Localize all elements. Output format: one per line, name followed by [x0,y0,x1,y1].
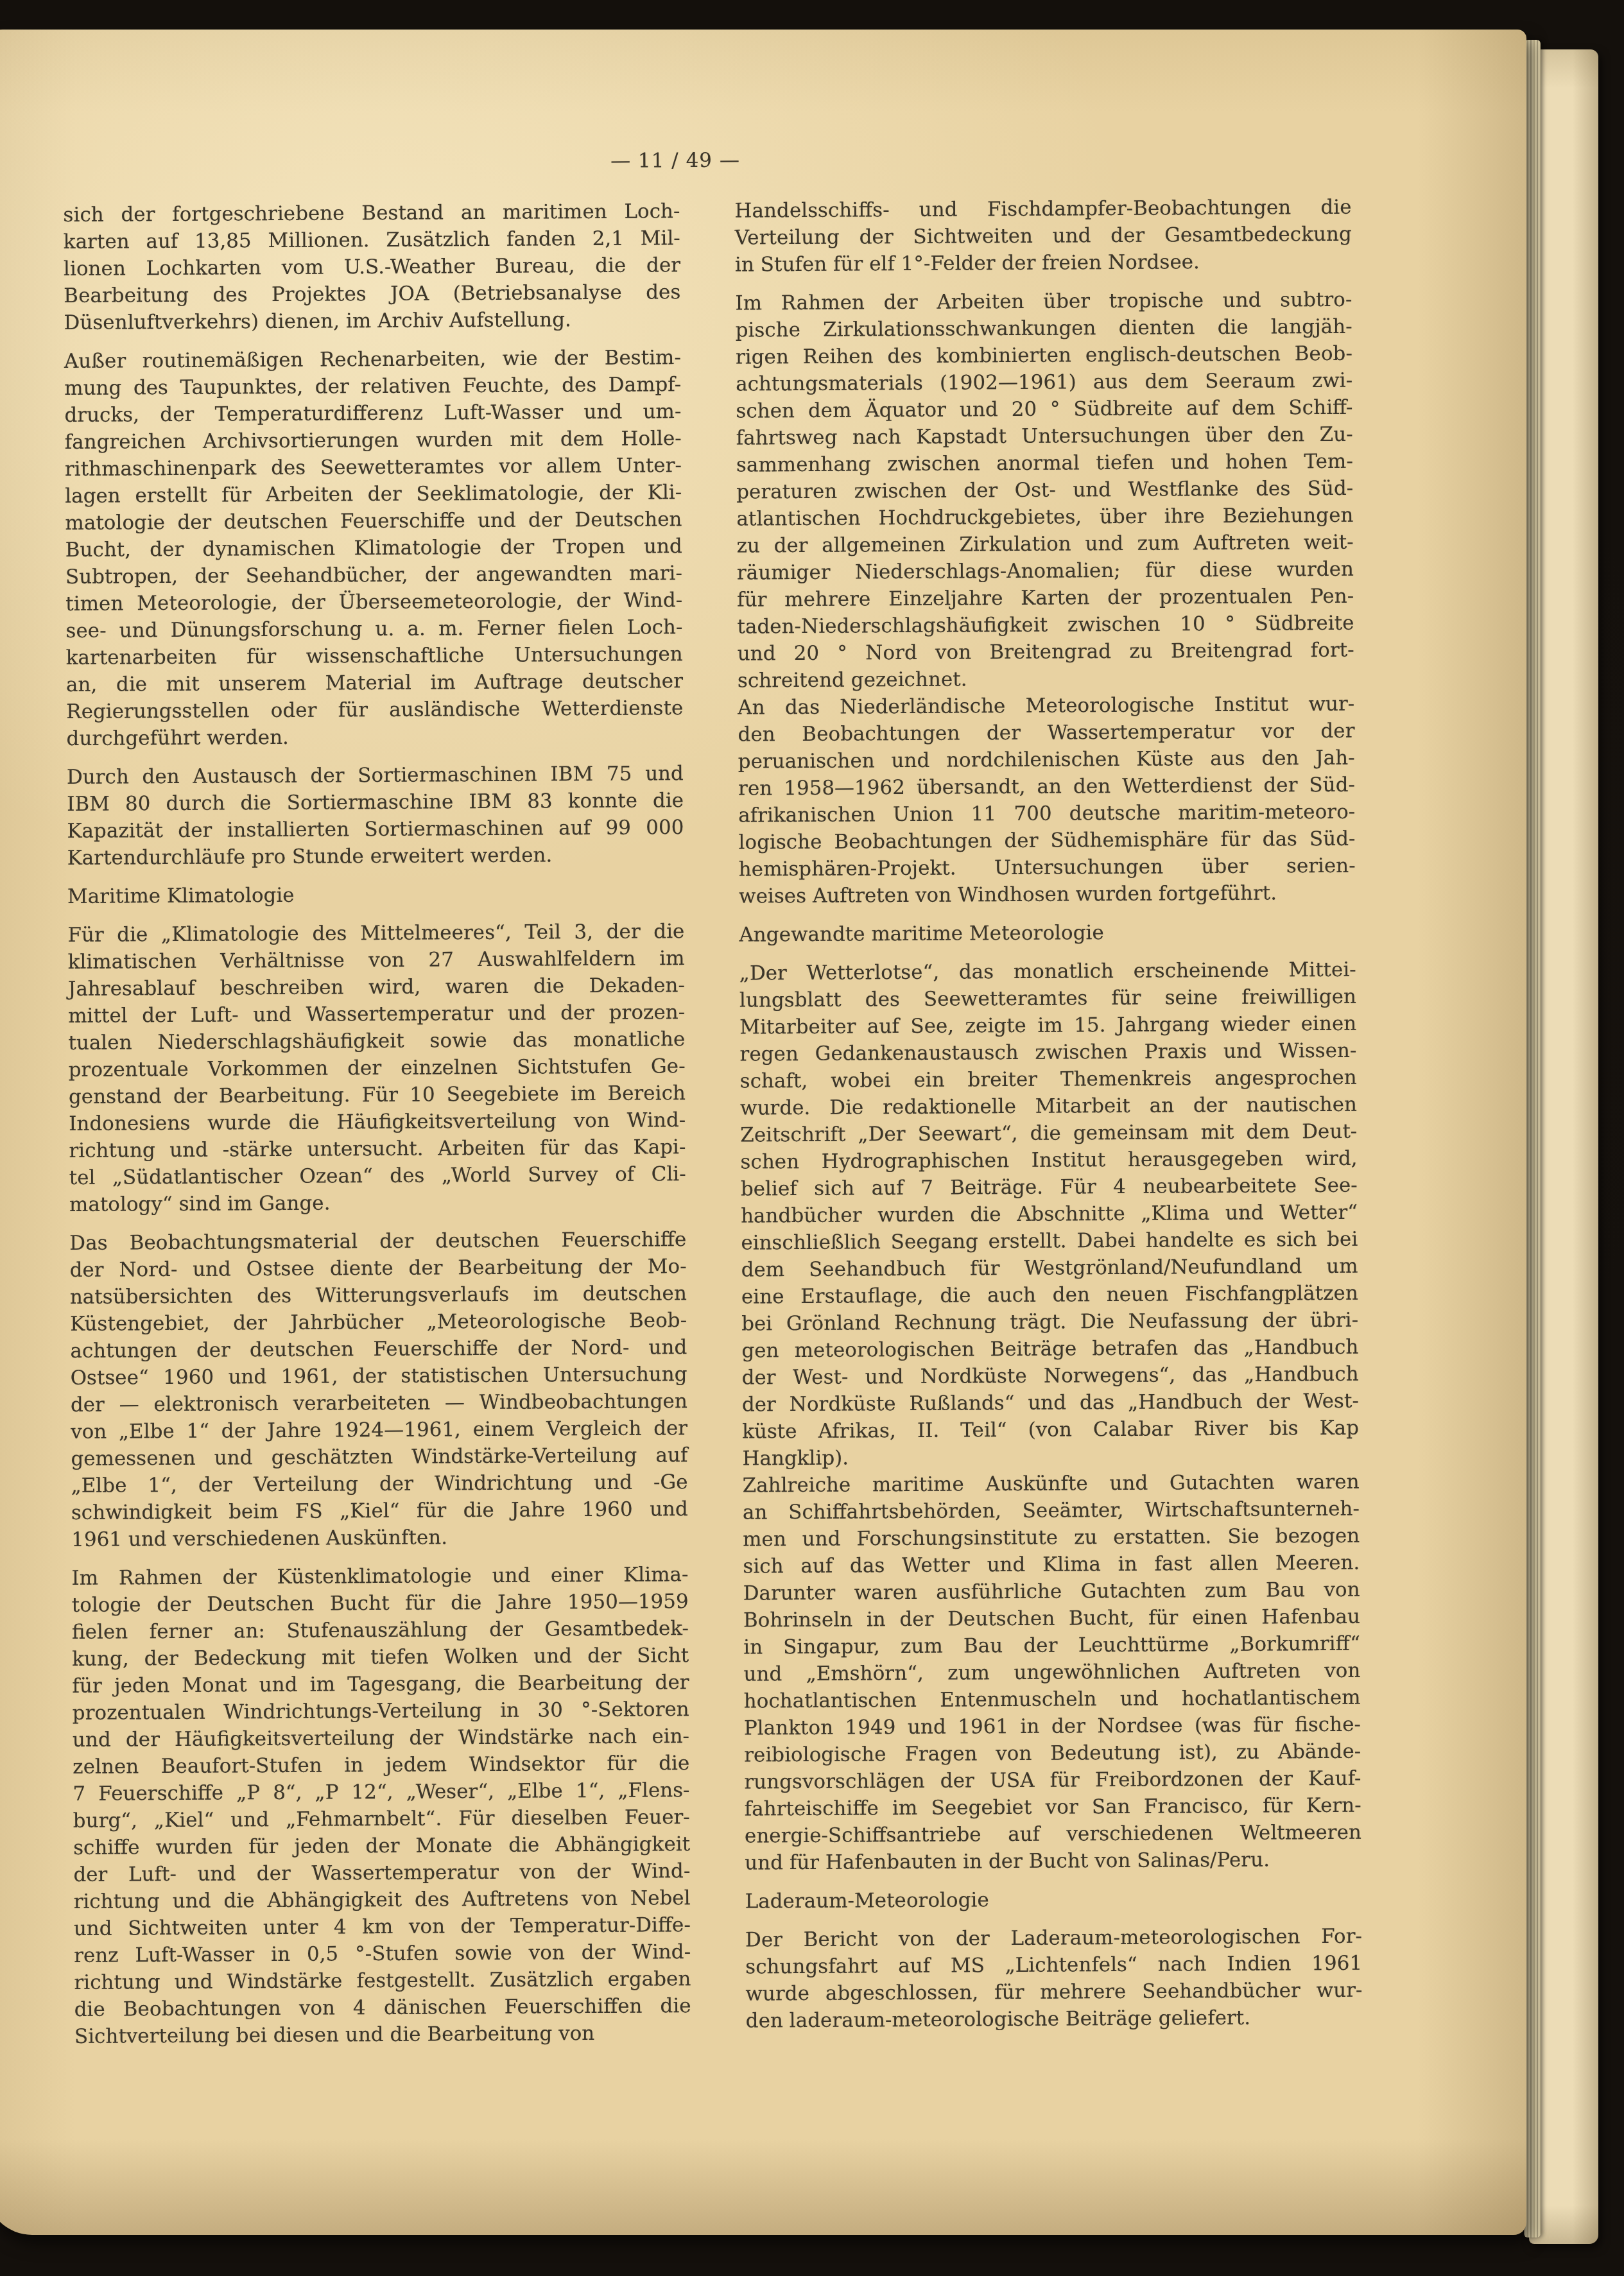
text-line: rigen Reihen des kombinierten englisch-d… [736,340,1352,371]
text-line: Düsenluftverkehrs) dienen, im Archiv Auf… [64,306,680,336]
text-line: Bohrinseln in der Deutschen Bucht, für e… [743,1603,1360,1634]
page-number: — 11 / 49 — [31,145,1320,176]
text-line: regen Gedankenaustausch zwischen Praxis … [739,1037,1356,1068]
text-line: rungsvorschlägen der USA für Freibordzon… [744,1765,1361,1796]
text-line: gen meteorologischen Beiträge betrafen d… [741,1334,1358,1365]
text-line: tologie der Deutschen Bucht für die Jahr… [72,1588,689,1619]
text-line: und 20 ° Nord von Breitengrad zu Breiten… [738,637,1354,668]
text-line: schiffe wurden für jeden der Monate die … [73,1831,690,1861]
text-line: und Sichtweiten unter 4 km von der Tempe… [74,1911,691,1942]
text-line: lagen erstellt für Arbeiten der Seeklima… [65,479,682,510]
text-line: wurde abgeschlossen, für mehrere Seehand… [745,1977,1362,2008]
text-line: kartenarbeiten für wissenschaftliche Unt… [66,641,683,671]
text-line: der — elektronisch verarbeiteten — Windb… [71,1388,687,1418]
text-line: tualen Niederschlagshäufigkeit sowie das… [68,1026,685,1056]
paragraph: Zahlreiche maritime Auskünfte und Gutach… [743,1469,1362,1877]
text-line: Bucht, der dynamischen Klimatologie der … [65,533,682,564]
text-line: sammenhang zwischen anormal tiefen und h… [736,448,1353,479]
text-line: richtung und -stärke untersucht. Arbeite… [69,1134,686,1164]
paragraph: An das Niederländische Meteorologische I… [738,691,1356,910]
text-line: schwindigkeit beim FS „Kiel“ für die Jah… [71,1496,688,1526]
text-line: für jeden Monat und im Tagesgang, die Be… [72,1669,689,1700]
text-line: schen Hydrographischen Institut herausge… [740,1145,1357,1176]
text-line: Darunter waren ausführliche Gutachten zu… [743,1576,1360,1607]
text-line: an, die mit unserem Material im Auftrage… [66,668,683,698]
text-line: ren 1958—1962 übersandt, an den Wetterdi… [738,772,1355,802]
text-line: IBM 80 durch die Sortiermaschine IBM 83 … [67,787,684,818]
text-line: pische Zirkulationsschwankungen dienten … [736,313,1352,344]
text-line: tel „Südatlantischer Ozean“ des „World S… [69,1160,686,1191]
text-line: karten auf 13,85 Millionen. Zusätzlich f… [64,225,680,255]
text-line: Jahresablauf beschreiben wird, waren die… [68,972,685,1003]
text-line: Laderaum-Meteorologie [745,1884,1361,1915]
text-line: durchgeführt werden. [66,721,683,752]
text-line: eine Erstauflage, die auch den neuen Fis… [741,1280,1358,1311]
text-line: hochatlantischen Entenmuscheln und hocha… [744,1684,1361,1715]
text-line: taden-Niederschlagshäufigkeit zwischen 1… [737,610,1354,641]
text-line: 1961 und verschiedenen Auskünften. [71,1522,688,1553]
text-line: genstand der Bearbeitung. Für 10 Seegebi… [69,1080,686,1110]
text-line: kung, der Bedeckung mit tiefen Wolken un… [72,1642,689,1673]
text-line: richtung und die Abhängigkeit des Auftre… [73,1884,690,1915]
text-line: Bearbeitung des Projektes JOA (Betriebsa… [64,279,680,309]
text-line: „Elbe 1“, der Verteilung der Windrichtun… [71,1469,687,1499]
document-page: — 11 / 49 — sich der fortgeschriebene Be… [0,30,1526,2235]
text-line: burg“, „Kiel“ und „Fehmarnbelt“. Für die… [73,1804,690,1834]
text-line: 7 Feuerschiffe „P 8“, „P 12“, „Weser“, „… [73,1777,689,1807]
text-line: Für die „Klimatologie des Mittelmeeres“,… [67,918,684,949]
text-line: räumiger Niederschlags-Anomalien; für di… [737,556,1354,587]
text-line: zu der allgemeinen Zirkulation und zum A… [737,529,1354,560]
text-line: lionen Lochkarten vom U.S.-Weather Burea… [64,252,680,282]
text-line: Ostsee“ 1960 und 1961, der statistischen… [70,1361,687,1392]
text-line: Verteilung der Sichtweiten und der Gesam… [735,221,1352,252]
text-line: den Beobachtungen der Wassertemperatur v… [738,718,1354,748]
text-line: in Singapur, zum Bau der Leuchttürme „Bo… [743,1630,1360,1661]
text-line: die Beobachtungen von 4 dänischen Feuers… [74,1992,691,2023]
section-heading: Maritime Klimatologie [67,879,684,910]
section-heading: Angewandte maritime Meteorologie [739,918,1356,949]
text-line: der Nordküste Rußlands“ und das „Handbuc… [742,1388,1359,1418]
text-line: belief sich auf 7 Beiträge. Für 4 neubea… [741,1172,1358,1203]
text-line: energie-Schiffsantriebe auf verschiedene… [745,1819,1361,1850]
text-line: matologie der deutschen Feuerschiffe und… [65,506,682,537]
text-line: Durch den Austausch der Sortiermaschinen… [67,760,684,791]
text-line: küste Afrikas, II. Teil“ (von Calabar Ri… [742,1415,1359,1445]
text-line: bei Grönland Rechnung trägt. Die Neufass… [741,1307,1358,1338]
text-line: rithmaschinenpark des Seewetteramtes vor… [65,452,682,483]
paragraph: Handelsschiffs- und Fischdampfer-Beobach… [734,194,1352,279]
text-line: men und Forschungsinstitute zu erstatten… [743,1522,1360,1553]
paragraph: Das Beobachtungsmaterial der deutschen F… [69,1226,688,1553]
text-line: lungsblatt des Seewetteramtes für seine … [739,983,1356,1014]
paragraph: Im Rahmen der Küstenklimatologie und ein… [71,1561,691,2050]
text-line: Das Beobachtungsmaterial der deutschen F… [69,1226,686,1257]
text-line: richtung und Windstärke festgestellt. Zu… [74,1965,691,1996]
text-line: Subtropen, der Seehandbücher, der angewa… [65,560,682,591]
text-line: klimatischen Verhältnisse von 27 Auswahl… [68,945,685,976]
text-line: drucks, der Temperaturdifferenz Luft-Was… [64,398,681,429]
text-columns: sich der fortgeschriebene Bestand an mar… [63,194,1363,2050]
text-line: fangreichen Archivsortierungen wurden mi… [65,425,682,456]
text-line: Im Rahmen der Küstenklimatologie und ein… [71,1561,688,1592]
text-line: einschließlich Seegang erstellt. Dabei h… [741,1226,1358,1257]
paragraph: Der Bericht von der Laderaum-meteorologi… [745,1923,1363,2035]
text-line: Sichtverteilung bei diesen und die Bearb… [74,2019,691,2050]
text-line: der West- und Nordküste Norwegens“, das … [741,1361,1358,1392]
paragraph: Für die „Klimatologie des Mittelmeeres“,… [67,918,686,1218]
text-line: Mitarbeiter auf See, zeigte im 15. Jahrg… [739,1010,1356,1041]
paragraph: Im Rahmen der Arbeiten über tropische un… [735,286,1354,694]
text-line: von „Elbe 1“ der Jahre 1924—1961, einem … [71,1415,687,1445]
text-line: fahrteischiffe im Seegebiet vor San Fran… [745,1792,1361,1823]
scanned-book-photo: — 11 / 49 — sich der fortgeschriebene Be… [0,0,1624,2276]
text-line: Kapazität der installierten Sortiermasch… [67,814,684,845]
text-line: schreitend gezeichnet. [738,664,1354,694]
text-line: wurde. Die redaktionelle Mitarbeit an de… [740,1091,1357,1122]
text-line: reibiologische Fragen von Bedeutung ist)… [744,1738,1361,1769]
text-line: gemessenen und geschätzten Windstärke-Ve… [71,1442,687,1472]
text-line: see- und Dünungsforschung u. a. m. Ferne… [65,614,682,644]
text-line: logische Beobachtungen der Südhemisphäre… [738,825,1355,856]
text-line: Angewandte maritime Meteorologie [739,918,1356,949]
paragraph: Außer routinemäßigen Rechenarbeiten, wie… [64,344,684,752]
text-line: an Schiffahrtsbehörden, Seeämter, Wirtsc… [743,1496,1360,1526]
text-line: schen dem Äquator und 20 ° Südbreite auf… [736,394,1352,425]
text-line: Zeitschrift „Der Seewart“, die gemeinsam… [740,1118,1357,1149]
text-line: atlantischen Hochdruckgebietes, über ihr… [736,502,1353,533]
right-column: Handelsschiffs- und Fischdampfer-Beobach… [734,194,1363,2046]
text-line: An das Niederländische Meteorologische I… [738,691,1354,721]
text-line: und „Emshörn“, zum ungewöhnlichen Auftre… [743,1657,1360,1688]
text-line: Indonesiens wurde die Häufigkeitsverteil… [69,1107,686,1137]
text-line: achtungsmaterials (1902—1961) aus dem Se… [736,367,1352,398]
text-line: Maritime Klimatologie [67,879,684,910]
text-line: prozentualen Windrichtungs-Verteilung in… [73,1696,689,1727]
text-line: peraturen zwischen der Ost- und Westflan… [736,475,1353,506]
text-line: Zahlreiche maritime Auskünfte und Gutach… [743,1469,1360,1499]
text-line: zelnen Beaufort-Stufen in jedem Windsekt… [73,1750,689,1780]
text-line: sich der fortgeschriebene Bestand an mar… [63,198,680,228]
text-line: und der Häufigkeitsverteilung der Windst… [73,1723,689,1754]
text-line: schungsfahrt auf MS „Lichtenfels“ nach I… [745,1950,1362,1981]
text-line: Plankton 1949 und 1961 in der Nordsee (w… [744,1711,1361,1742]
text-line: prozentuale Vorkommen der einzelnen Sich… [69,1053,686,1083]
text-line: Der Bericht von der Laderaum-meteorologi… [745,1923,1362,1954]
text-line: achtungen der deutschen Feuerschiffe der… [70,1334,687,1365]
text-line: Küstengebiet, der Jahrbücher „Meteorolog… [70,1307,687,1338]
text-line: der Nord- und Ostsee diente der Bearbeit… [69,1253,686,1284]
text-line: der Luft- und der Wassertemperatur von d… [73,1858,690,1888]
text-line: dem Seehandbuch für Westgrönland/Neufund… [741,1253,1358,1284]
text-line: Außer routinemäßigen Rechenarbeiten, wie… [64,344,681,375]
section-heading: Laderaum-Meteorologie [745,1884,1361,1915]
text-line: peruanischen und nordchilenischen Küste … [738,745,1355,775]
text-line: hemisphären-Projekt. Untersuchungen über… [739,852,1356,883]
left-column: sich der fortgeschriebene Bestand an mar… [63,198,691,2050]
text-line: Im Rahmen der Arbeiten über tropische un… [735,286,1352,317]
text-line: und für Hafenbauten in der Bucht von Sal… [745,1846,1361,1877]
text-line: renz Luft-Wasser in 0,5 °-Stufen sowie v… [74,1938,691,1969]
page-content: — 11 / 49 — sich der fortgeschriebene Be… [0,24,1539,2239]
text-line: matology“ sind im Gange. [69,1187,686,1218]
text-line: handbücher wurden die Abschnitte „Klima … [741,1199,1358,1230]
paragraph: „Der Wetterlotse“, das monatlich erschei… [739,956,1360,1472]
text-line: natsübersichten des Witterungsverlaufs i… [70,1280,687,1311]
text-line: timen Meteorologie, der Überseemeteorolo… [65,587,682,617]
text-line: Hangklip). [742,1442,1359,1472]
text-line: schaft, wobei ein breiter Themenkreis an… [740,1064,1357,1095]
text-line: den laderaum-meteorologische Beiträge ge… [746,2004,1363,2035]
text-line: mittel der Luft- und Wassertemperatur un… [68,999,685,1030]
text-line: weises Auftreten von Windhosen wurden fo… [739,879,1356,910]
text-line: für mehrere Einzeljahre Karten der proze… [737,583,1354,614]
paragraph: sich der fortgeschriebene Bestand an mar… [63,198,680,336]
text-line: fahrtsweg nach Kapstadt Untersuchungen ü… [736,421,1353,452]
text-line: fielen ferner an: Stufenauszählung der G… [72,1615,689,1646]
paragraph: Durch den Austausch der Sortiermaschinen… [67,760,684,872]
text-line: sich auf das Wetter und Klima in fast al… [743,1549,1360,1580]
text-line: mung des Taupunktes, der relativen Feuch… [64,371,681,402]
text-line: Regierungsstellen oder für ausländische … [66,694,683,725]
text-line: Kartendurchläufe pro Stunde erweitert we… [67,841,684,872]
text-line: „Der Wetterlotse“, das monatlich erschei… [739,956,1356,987]
text-line: Handelsschiffs- und Fischdampfer-Beobach… [734,194,1351,225]
text-line: afrikanischen Union 11 700 deutsche mari… [738,798,1355,829]
text-line: in Stufen für elf 1°-Felder der freien N… [735,248,1352,279]
